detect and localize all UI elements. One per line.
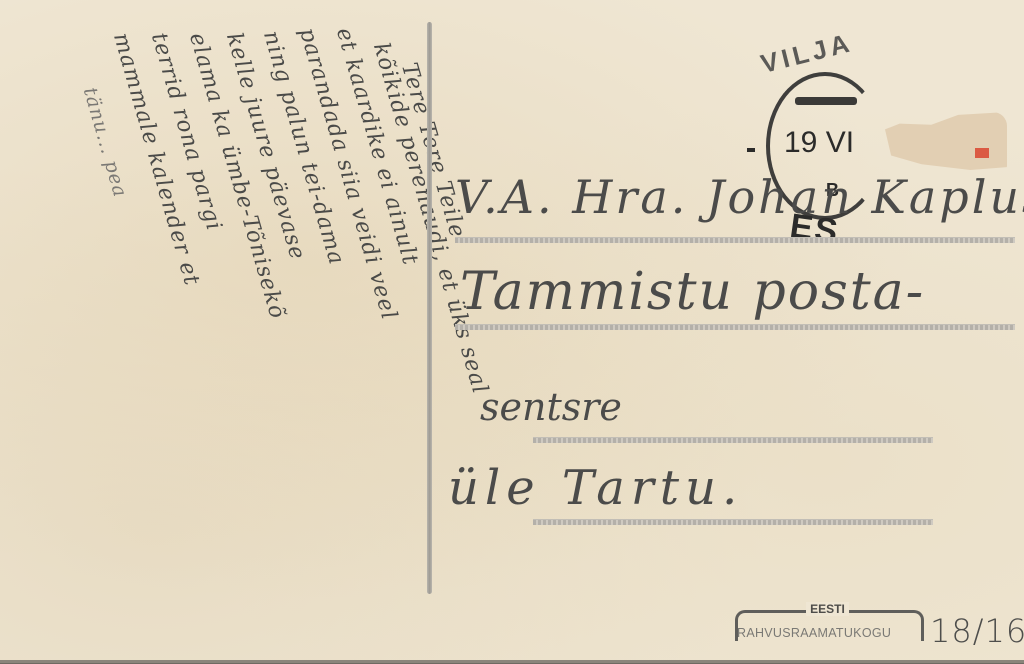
address-line-city: üle Tartu. — [448, 460, 743, 516]
postmark-date: 19 VI — [784, 126, 854, 160]
stamp-red-fragment — [975, 148, 989, 158]
address-rule — [533, 519, 933, 525]
divider-line — [427, 22, 432, 594]
address-line-continuation: sentsre — [480, 385, 622, 429]
postmark-top-text: VILJA — [758, 27, 856, 80]
library-stamp-line1: EESTI — [735, 602, 920, 616]
address-rule — [533, 437, 933, 443]
library-stamp-line2: RAHVUSRAAMATUKOGU — [737, 626, 891, 640]
torn-stamp-residue — [885, 112, 1007, 170]
address-rule — [455, 237, 1015, 243]
handwritten-message: Tere Tere Teile kõikide perenaudi, et ük… — [0, 0, 420, 660]
catalog-number: 18/16 — [930, 612, 1024, 650]
message-line: tänu... pea — [79, 85, 131, 200]
library-stamp: EESTI RAHVUSRAAMATUKOGU — [735, 604, 920, 644]
address-line-recipient: V.A. Hra. Johan Kaplus — [455, 170, 1024, 224]
postmark-dash — [747, 148, 755, 152]
postmark-bar — [795, 97, 857, 105]
address-line-place: Tammistu posta- — [460, 262, 925, 322]
postcard-back: Tere Tere Teile kõikide perenaudi, et ük… — [0, 0, 1024, 663]
address-rule — [455, 324, 1015, 330]
